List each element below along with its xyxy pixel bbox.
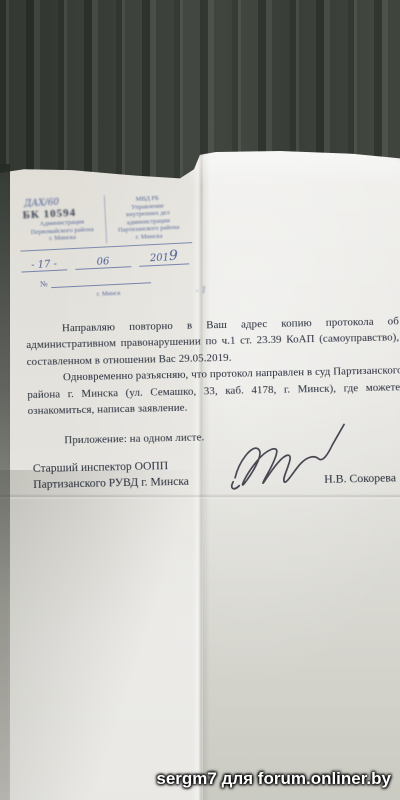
forum-watermark: sergm7 для forum.onliner.by [156, 769, 391, 789]
stamp-columns: ДАХ/60 БК 10594 Администрация Первомайск… [18, 191, 192, 251]
stamp-date-row: - 17 - 06 2019 [21, 247, 194, 272]
signer-position: Старший инспектор ООПП Партизанского РУВ… [33, 458, 189, 492]
stamp-date-day: - 17 - [21, 258, 68, 272]
stamp-number-label: № [40, 279, 48, 288]
letter-document: ДАХ/60 БК 10594 Администрация Первомайск… [0, 0, 400, 800]
signer-position-line2: Партизанского РУВД г. Минска [33, 473, 189, 492]
stamp-date-year-written: 9 [168, 247, 178, 263]
stamp-city-line: г. Минск [23, 286, 195, 301]
stamp-date-year-printed: 201 [150, 252, 170, 264]
signer-name: Н.В. Сокорева [324, 470, 396, 487]
registration-stamp: ДАХ/60 БК 10594 Администрация Первомайск… [18, 191, 195, 301]
stamp-date-year: 2019 [138, 247, 189, 266]
stamp-copy-mark: - 1 [196, 285, 207, 294]
stamp-left-column: ДАХ/60 БК 10594 Администрация Первомайск… [18, 195, 106, 247]
handwritten-signature [228, 417, 352, 500]
stamp-number-blank-line [50, 273, 150, 288]
stamp-right-column: МВД РБ Управление внутренних дел админис… [103, 191, 192, 243]
stamp-number-row: № [40, 271, 194, 289]
stamp-date-month: 06 [75, 255, 132, 270]
photo-of-document: ДАХ/60 БК 10594 Администрация Первомайск… [0, 0, 400, 800]
